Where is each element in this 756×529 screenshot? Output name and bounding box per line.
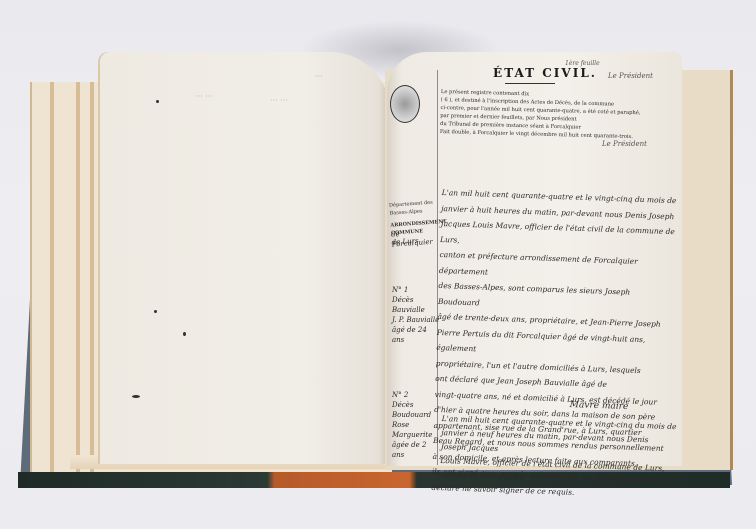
- commune-value: de Lurs: [391, 236, 419, 248]
- bleedthrough-text: ··· ···: [270, 96, 288, 105]
- death-record-entry-2: L'an mil huit cent quarante-quatre et le…: [440, 412, 677, 490]
- bleedthrough-text: ···: [315, 72, 323, 81]
- entry-number: N° 1: [392, 285, 440, 295]
- entry-name: Décès Bauvialle: [392, 295, 440, 315]
- page-edge: [76, 82, 80, 472]
- signature-top: Le Président: [608, 72, 653, 80]
- ink-speck: [154, 310, 157, 313]
- register-title: ÉTAT CIVIL.: [470, 66, 620, 80]
- signature-right: Le Président: [602, 140, 647, 148]
- sidebar-entry-1: N° 1 Décès Bauvialle J. P. Bauvialle âgé…: [392, 285, 440, 345]
- sidebar-header: Département des Basses-Alpes ARRONDISSEM…: [389, 198, 439, 237]
- ink-speck: [183, 332, 186, 336]
- department-label: Département des Basses-Alpes: [389, 198, 438, 217]
- ink-speck: [132, 395, 140, 398]
- entry-name: Décès Boudouard: [392, 400, 440, 420]
- page-edge: [50, 82, 54, 472]
- entry-number: N° 2: [392, 390, 440, 400]
- entry-detail: J. P. Bauvialle: [392, 315, 440, 325]
- title-rule: [505, 83, 555, 84]
- ink-speck: [156, 100, 159, 103]
- official-stamp-seal: [390, 85, 420, 123]
- page-edge: [90, 82, 94, 472]
- entry-age: âgé de 24 ans: [392, 325, 440, 345]
- printed-preamble: Le présent registre contenant dix ( 6 ),…: [440, 88, 671, 142]
- bleedthrough-text: ··· ···: [195, 92, 213, 101]
- left-page: ··· ··· ··· ··· ···: [100, 52, 390, 464]
- mayor-signature: Mavre maire: [569, 398, 628, 416]
